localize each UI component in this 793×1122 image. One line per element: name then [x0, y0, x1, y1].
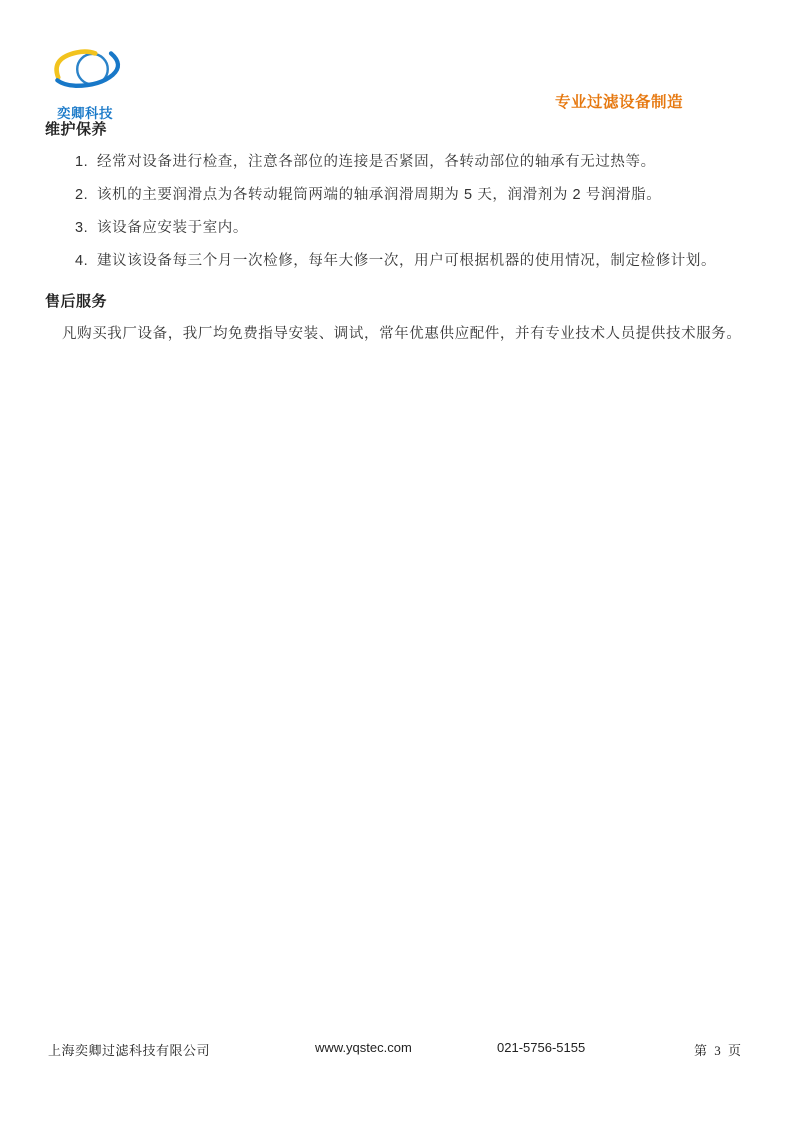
document-body: 维护保养 1. 经常对设备进行检查，注意各部位的连接是否紧固，各转动部位的轴承有…: [45, 118, 745, 345]
list-item-number: 2.: [75, 185, 97, 206]
after-sales-paragraph: 凡购买我厂设备，我厂均免费指导安装、调试，常年优惠供应配件，并有专业技术人员提供…: [62, 324, 745, 345]
maintenance-list: 1. 经常对设备进行检查，注意各部位的连接是否紧固，各转动部位的轴承有无过热等。…: [75, 152, 745, 272]
list-item-number: 4.: [75, 251, 97, 272]
globe-orbit-icon: [46, 46, 156, 101]
list-item-text: 经常对设备进行检查，注意各部位的连接是否紧固，各转动部位的轴承有无过热等。: [97, 152, 656, 173]
header-slogan: 专业过滤设备制造: [555, 90, 683, 112]
list-item-text: 该机的主要润滑点为各转动辊筒两端的轴承润滑周期为 5 天，润滑剂为 2 号润滑脂…: [97, 185, 661, 206]
list-item-number: 1.: [75, 152, 97, 173]
list-item: 3. 该设备应安装于室内。: [75, 218, 745, 239]
list-item-text: 该设备应安装于室内。: [97, 218, 248, 239]
list-item-text: 建议该设备每三个月一次检修，每年大修一次，用户可根据机器的使用情况，制定检修计划…: [97, 251, 716, 272]
company-logo: 奕卿科技: [46, 46, 156, 122]
footer-page-number: 第 3 页: [694, 1040, 743, 1059]
list-item: 2. 该机的主要润滑点为各转动辊筒两端的轴承润滑周期为 5 天，润滑剂为 2 号…: [75, 185, 745, 206]
section-heading-after-sales: 售后服务: [45, 290, 745, 311]
list-item: 1. 经常对设备进行检查，注意各部位的连接是否紧固，各转动部位的轴承有无过热等。: [75, 152, 745, 173]
list-item-number: 3.: [75, 218, 97, 239]
footer-website: www.yqstec.com: [315, 1040, 412, 1055]
page-footer: 上海奕卿过滤科技有限公司 www.yqstec.com 021-5756-515…: [0, 1040, 793, 1060]
footer-phone: 021-5756-5155: [497, 1040, 585, 1055]
document-page: 奕卿科技 专业过滤设备制造 维护保养 1. 经常对设备进行检查，注意各部位的连接…: [0, 0, 793, 1122]
list-item: 4. 建议该设备每三个月一次检修，每年大修一次，用户可根据机器的使用情况，制定检…: [75, 251, 745, 272]
section-heading-maintenance: 维护保养: [45, 118, 745, 139]
footer-company-name: 上海奕卿过滤科技有限公司: [48, 1040, 210, 1059]
